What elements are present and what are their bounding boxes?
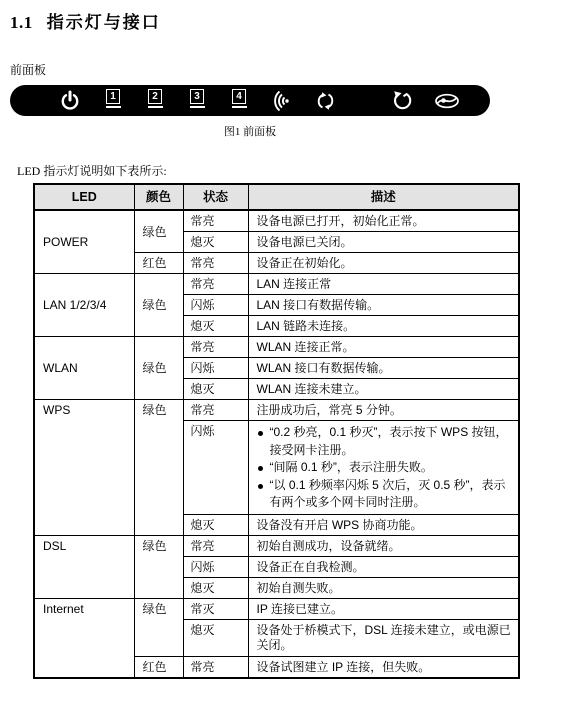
state-cell: 常亮 (183, 210, 248, 232)
table-intro: LED 指示灯说明如下表所示: (17, 162, 582, 179)
state-cell: 常灭 (183, 598, 248, 619)
section-heading: 1.1指示灯与接口 (10, 8, 582, 33)
wps-blink-bullet-list: “0.2 秒亮，0.1 秒灭”，表示按下 WPS 按钮，接受网卡注册。 “间隔 … (257, 424, 513, 512)
col-header-color: 颜色 (134, 184, 183, 210)
state-cell: 常亮 (183, 337, 248, 358)
state-cell: 熄灭 (183, 316, 248, 337)
state-cell: 熄灭 (183, 514, 248, 535)
section-title: 指示灯与接口 (47, 13, 161, 33)
state-cell: 熄灭 (183, 232, 248, 253)
state-cell: 常亮 (183, 656, 248, 678)
lan4-led-icon: 4 (232, 89, 246, 104)
section-number: 1.1 (10, 13, 33, 32)
desc-cell: 设备电源已打开，初始化正常。 (248, 210, 519, 232)
desc-cell: LAN 连接正常 (248, 274, 519, 295)
led-name-cell: WLAN (34, 337, 134, 400)
state-cell: 闪烁 (183, 421, 248, 515)
col-header-state: 状态 (183, 184, 248, 210)
lan3-led-number: 3 (194, 91, 200, 102)
color-cell: 绿色 (134, 400, 183, 536)
color-cell: 红色 (134, 656, 183, 678)
wlan-signal-icon (271, 89, 292, 112)
state-cell: 闪烁 (183, 295, 248, 316)
led-name-cell: DSL (34, 535, 134, 598)
desc-cell: 设备正在初始化。 (248, 253, 519, 274)
led-indicator-table: LED 颜色 状态 描述 POWER 绿色 常亮 设备电源已打开，初始化正常。 … (33, 183, 520, 679)
figure-caption: 图1 前面板 (10, 123, 490, 139)
lan4-led-number: 4 (236, 91, 242, 102)
color-cell: 绿色 (134, 274, 183, 337)
lan1-led-icon: 1 (106, 89, 120, 104)
desc-cell: WLAN 连接未建立。 (248, 379, 519, 400)
table-header-row: LED 颜色 状态 描述 (34, 184, 519, 210)
desc-cell: 注册成功后，常亮 5 分钟。 (248, 400, 519, 421)
state-cell: 闪烁 (183, 358, 248, 379)
internet-globe-icon (434, 92, 460, 109)
state-cell: 常亮 (183, 274, 248, 295)
dsl-loop-icon (392, 90, 413, 111)
power-icon (60, 90, 80, 111)
desc-cell: WLAN 接口有数据传输。 (248, 358, 519, 379)
desc-cell: LAN 接口有数据传输。 (248, 295, 519, 316)
desc-cell: IP 连接已建立。 (248, 598, 519, 619)
table-row: POWER 绿色 常亮 设备电源已打开，初始化正常。 (34, 210, 519, 232)
col-header-led: LED (34, 184, 134, 210)
bullet-item: “间隔 0.1 秒”，表示注册失败。 (257, 459, 513, 477)
desc-cell: 设备处于桥模式下，DSL 连接未建立，或电源已关闭。 (248, 619, 519, 656)
front-panel-label: 前面板 (10, 61, 582, 78)
color-cell: 红色 (134, 253, 183, 274)
state-cell: 熄灭 (183, 577, 248, 598)
table-row: WLAN 绿色 常亮 WLAN 连接正常。 (34, 337, 519, 358)
bullet-item: “以 0.1 秒频率闪烁 5 次后，灭 0.5 秒”，表示有两个或多个网卡同时注… (257, 477, 513, 512)
state-cell: 常亮 (183, 400, 248, 421)
desc-cell: 初始自测成功，设备就绪。 (248, 535, 519, 556)
color-cell: 绿色 (134, 210, 183, 253)
led-name-cell: POWER (34, 210, 134, 274)
color-cell: 绿色 (134, 598, 183, 656)
state-cell: 常亮 (183, 253, 248, 274)
led-name-cell: LAN 1/2/3/4 (34, 274, 134, 337)
front-panel-image: 1 2 3 4 (10, 85, 490, 116)
desc-cell: LAN 链路未连接。 (248, 316, 519, 337)
desc-cell: “0.2 秒亮，0.1 秒灭”，表示按下 WPS 按钮，接受网卡注册。 “间隔 … (248, 421, 519, 515)
wps-sync-icon (316, 91, 335, 111)
lan2-led-number: 2 (152, 91, 158, 102)
bullet-item: “0.2 秒亮，0.1 秒灭”，表示按下 WPS 按钮，接受网卡注册。 (257, 424, 513, 459)
state-cell: 熄灭 (183, 619, 248, 656)
color-cell: 绿色 (134, 337, 183, 400)
lan3-led-icon: 3 (190, 89, 204, 104)
state-cell: 熄灭 (183, 379, 248, 400)
state-cell: 闪烁 (183, 556, 248, 577)
desc-cell: WLAN 连接正常。 (248, 337, 519, 358)
desc-cell: 设备试图建立 IP 连接，但失败。 (248, 656, 519, 678)
color-cell: 绿色 (134, 535, 183, 598)
desc-cell: 设备电源已关闭。 (248, 232, 519, 253)
state-cell: 常亮 (183, 535, 248, 556)
table-row: LAN 1/2/3/4 绿色 常亮 LAN 连接正常 (34, 274, 519, 295)
desc-cell: 设备没有开启 WPS 协商功能。 (248, 514, 519, 535)
manual-page: 1.1指示灯与接口 前面板 1 2 3 4 (0, 8, 582, 707)
table-row: DSL 绿色 常亮 初始自测成功，设备就绪。 (34, 535, 519, 556)
lan2-led-icon: 2 (148, 89, 162, 104)
col-header-desc: 描述 (248, 184, 519, 210)
table-row: Internet 绿色 常灭 IP 连接已建立。 (34, 598, 519, 619)
table-row: WPS 绿色 常亮 注册成功后，常亮 5 分钟。 (34, 400, 519, 421)
led-name-cell: WPS (34, 400, 134, 536)
desc-cell: 设备正在自我检测。 (248, 556, 519, 577)
lan1-led-number: 1 (110, 91, 116, 102)
desc-cell: 初始自测失败。 (248, 577, 519, 598)
led-name-cell: Internet (34, 598, 134, 678)
